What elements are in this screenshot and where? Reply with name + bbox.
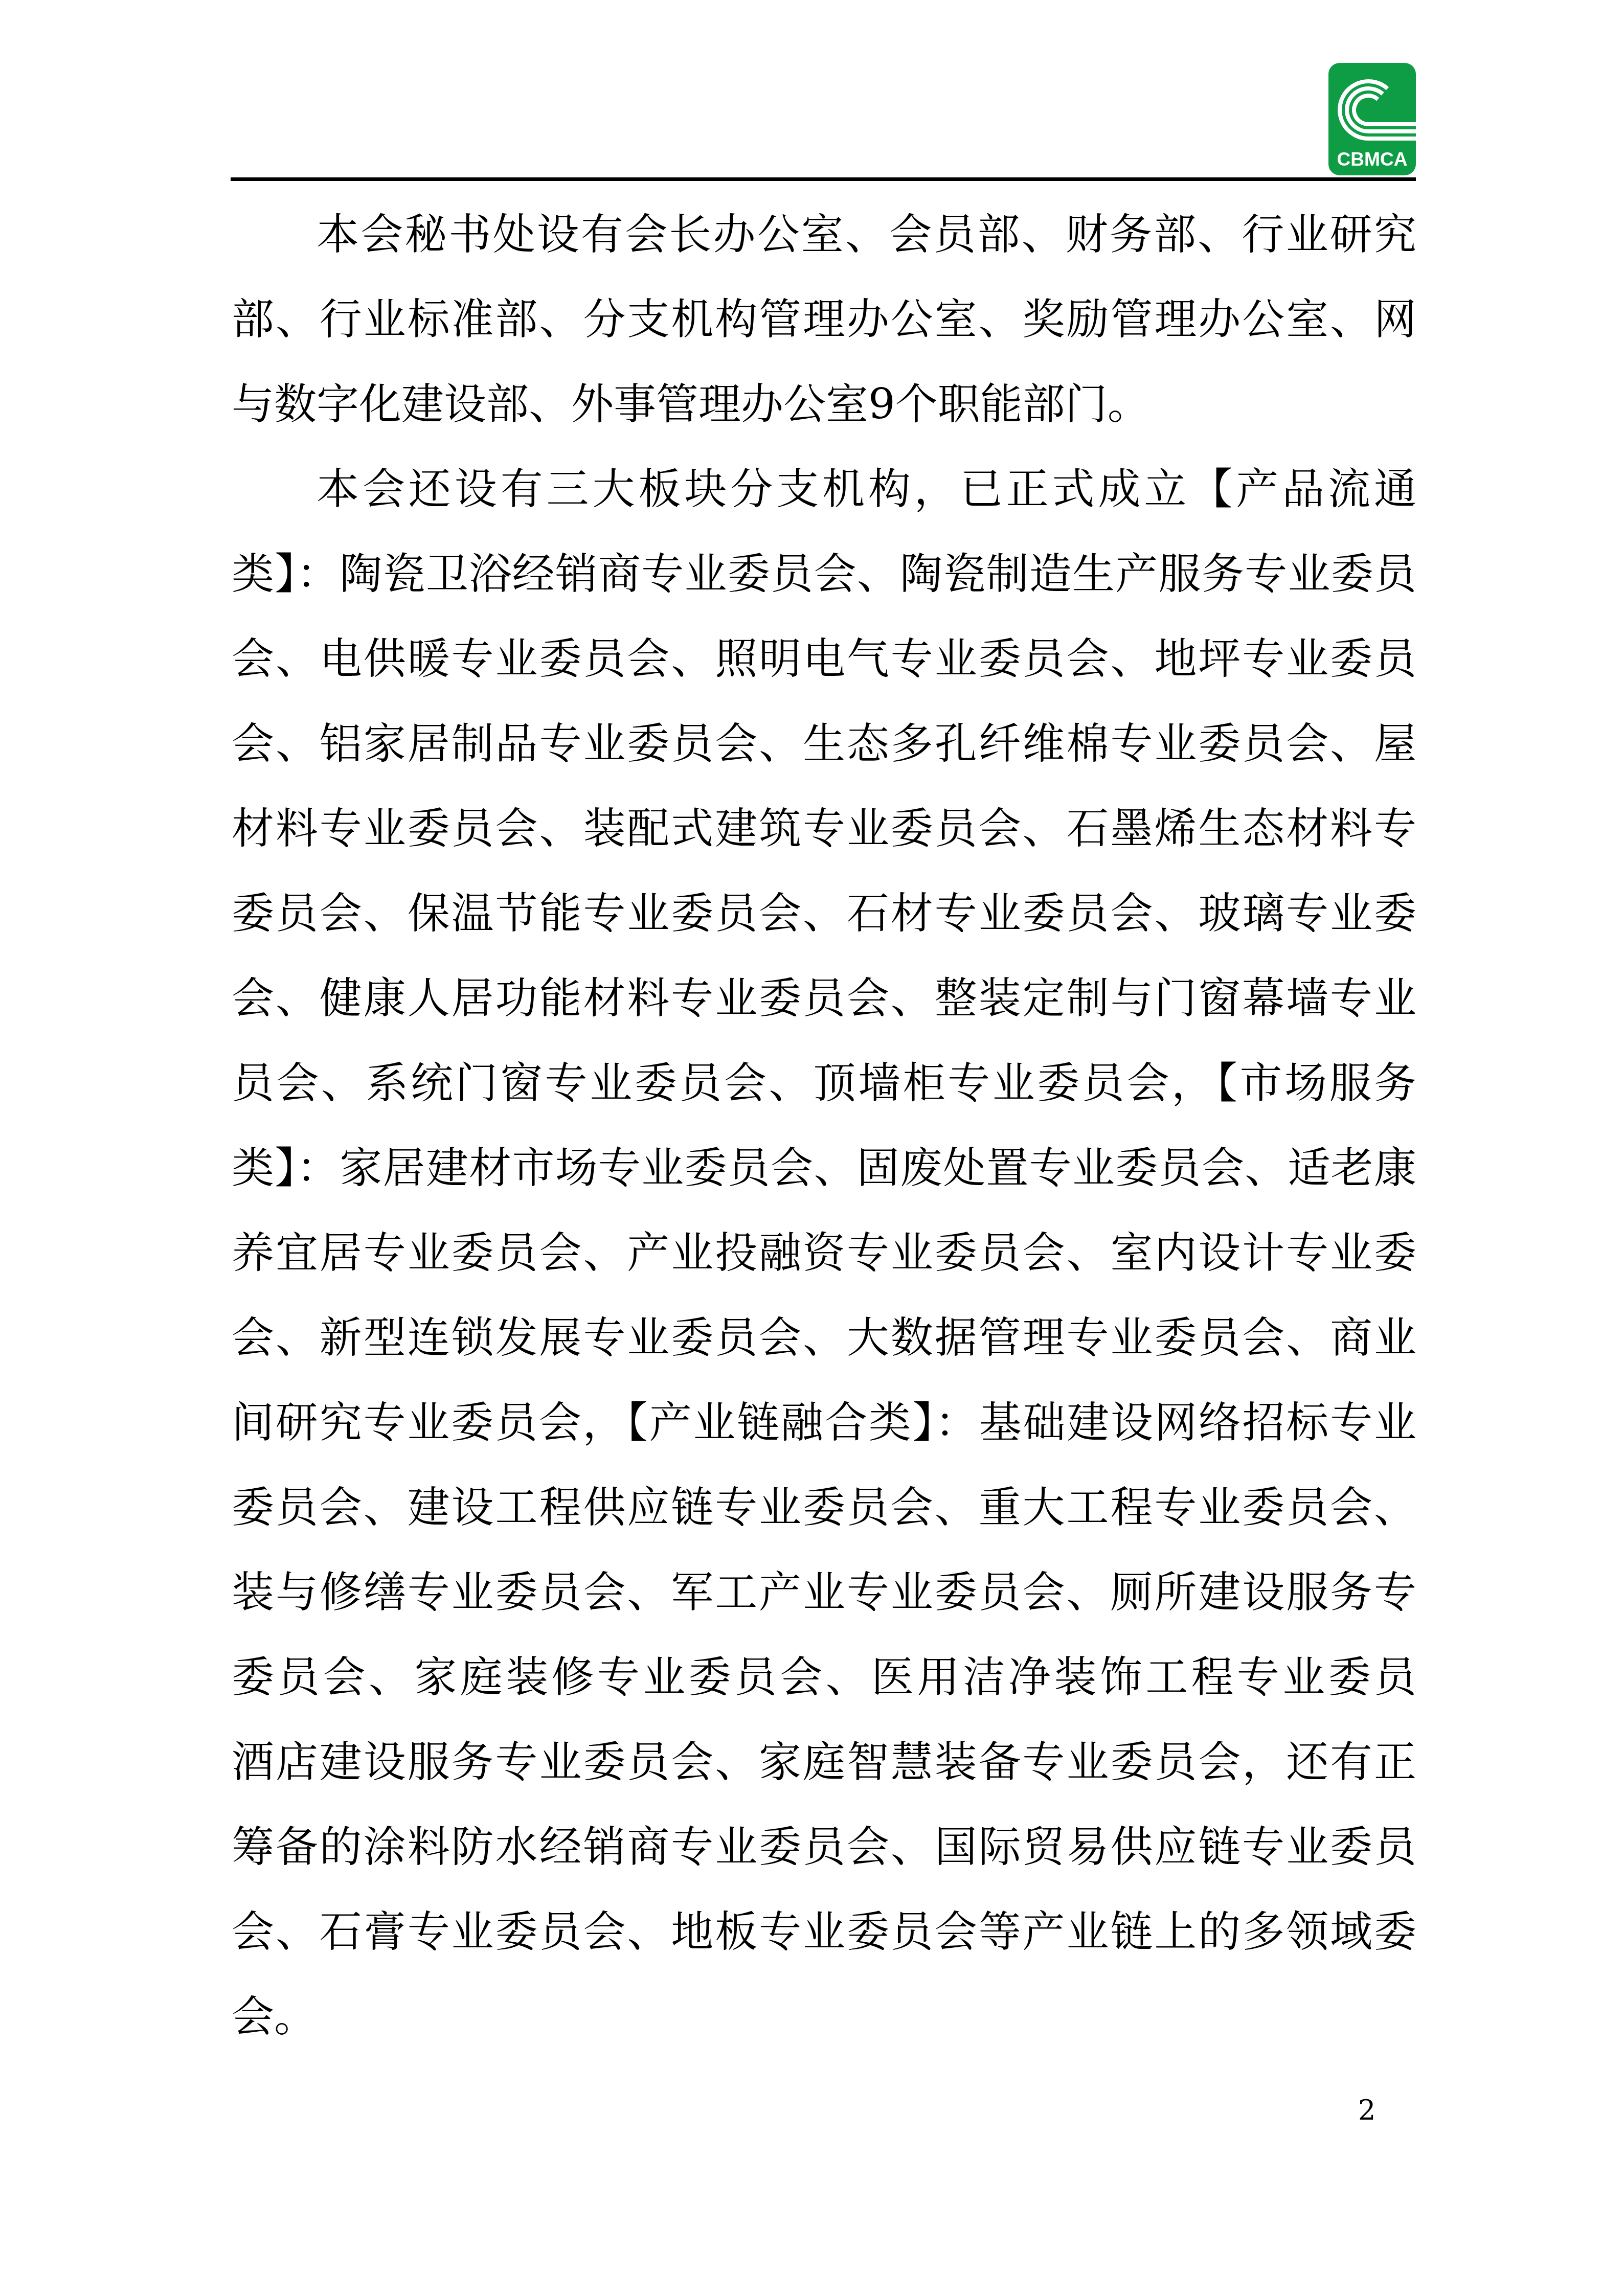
body-text-line: 酒店建设服务专业委员会、家庭智慧装备专业委员会，还有正在 — [232, 1720, 1416, 1805]
body-text-line: 部、行业标准部、分支机构管理办公室、奖励管理办公室、网络 — [232, 277, 1416, 362]
body-text-line: 装与修缮专业委员会、军工产业专业委员会、厕所建设服务专业 — [232, 1550, 1416, 1635]
header-rule-divider — [231, 177, 1416, 181]
logo-text: CBMCA — [1337, 149, 1408, 170]
body-text-line: 养宜居专业委员会、产业投融资专业委员会、室内设计专业委员 — [232, 1211, 1416, 1295]
body-text-line: 间研究专业委员会，【产业链融合类】：基础建设网络招标专业 — [232, 1380, 1416, 1465]
cbmca-logo-graphic: CBMCA — [1328, 63, 1416, 175]
body-text-line: 类】：陶瓷卫浴经销商专业委员会、陶瓷制造生产服务专业委员 — [232, 532, 1416, 617]
body-text-line: 会、电供暖专业委员会、照明电气专业委员会、地坪专业委员 — [232, 617, 1416, 701]
body-text-line: 会、铝家居制品专业委员会、生态多孔纤维棉专业委员会、屋面 — [232, 701, 1416, 786]
body-text: 本会秘书处设有会长办公室、会员部、财务部、行业研究 部、行业标准部、分支机构管理… — [232, 192, 1416, 2059]
body-text-line: 筹备的涂料防水经销商专业委员会、国际贸易供应链专业委员 — [232, 1805, 1416, 1890]
body-text-line: 会。 — [232, 1974, 1416, 2059]
body-text-line: 会、石膏专业委员会、地板专业委员会等产业链上的多领域委员 — [232, 1890, 1416, 1974]
document-page: CBMCA 本会秘书处设有会长办公室、会员部、财务部、行业研究 部、行业标准部、… — [0, 0, 1624, 2296]
cbmca-logo: CBMCA — [1328, 63, 1416, 175]
body-text-line: 会、新型连锁发展专业委员会、大数据管理专业委员会、商业空 — [232, 1295, 1416, 1380]
body-text-line: 会、健康人居功能材料专业委员会、整装定制与门窗幕墙专业委 — [232, 956, 1416, 1041]
body-text-line: 与数字化建设部、外事管理办公室9个职能部门。 — [232, 362, 1416, 447]
body-text-line: 本会秘书处设有会长办公室、会员部、财务部、行业研究 — [232, 192, 1416, 277]
body-text-line: 员会、系统门窗专业委员会、顶墙柜专业委员会，【市场服务 — [232, 1041, 1416, 1126]
body-text-line: 材料专业委员会、装配式建筑专业委员会、石墨烯生态材料专业 — [232, 786, 1416, 871]
body-text-line: 委员会、建设工程供应链专业委员会、重大工程专业委员会、涂 — [232, 1465, 1416, 1550]
body-text-line: 类】：家居建材市场专业委员会、固废处置专业委员会、适老康 — [232, 1126, 1416, 1211]
page-number: 2 — [1358, 2095, 1375, 2126]
body-text-line: 委员会、家庭装修专业委员会、医用洁净装饰工程专业委员会、 — [232, 1635, 1416, 1720]
body-text-line: 委员会、保温节能专业委员会、石材专业委员会、玻璃专业委员 — [232, 871, 1416, 956]
body-text-line: 本会还设有三大板块分支机构，已正式成立【产品流通 — [232, 447, 1416, 532]
